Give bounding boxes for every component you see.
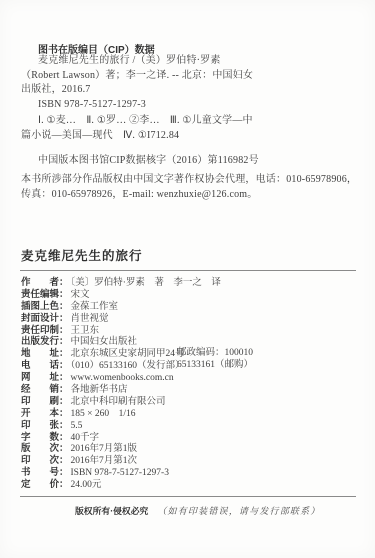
- colophon-value: 北京东城区史家胡同甲24号: [71, 349, 185, 359]
- colophon-label: 开 本：: [21, 408, 69, 419]
- colophon-label: 作 者：: [21, 277, 69, 288]
- colophon-value: 185 × 260 1/16: [71, 409, 136, 419]
- cip-classification-line: 篇小说—美国—现代 Ⅳ. ①I712.84: [21, 129, 351, 144]
- colophon-row-price: 定 价：24.00元: [21, 479, 221, 491]
- colophon-label: 电 话：: [21, 360, 69, 371]
- colophon-value: 王卫东: [71, 326, 100, 336]
- colophon-row-phone: 电 话：（010）65133160（发行部）65133161（邮购）: [21, 360, 221, 372]
- colophon-row-illustration-coloring: 插图上色：金葆工作室: [21, 301, 221, 313]
- colophon-row-format: 开 本：185 × 260 1/16: [21, 408, 221, 420]
- colophon-label: 字 数：: [21, 432, 69, 443]
- colophon-label: 定 价：: [21, 479, 69, 490]
- colophon-value: 24.00元: [71, 480, 102, 490]
- cip-classification-line: Ⅰ. ①麦… Ⅱ. ①罗… ②李… Ⅲ. ①儿童文学—中: [21, 114, 351, 129]
- cip-record-line: 出版社，2016.7: [21, 83, 351, 98]
- agency-note-line: 传真：010-65978926，E-mail: wenzhuxie@126.co…: [21, 187, 361, 202]
- colophon-value: 2016年7月第1版: [71, 444, 138, 454]
- colophon-row-cover-design: 封面设计：肖世视觉: [21, 313, 221, 325]
- colophon-row-address: 地 址：北京东城区史家胡同甲24号邮政编码：100010: [21, 348, 221, 360]
- colophon-row-print-supervisor: 责任印制：王卫东: [21, 325, 221, 337]
- colophon-label: 出版发行：: [21, 336, 69, 347]
- colophon-label: 印 刷：: [21, 396, 69, 407]
- cip-registry-number: 中国版本图书馆CIP数据核字（2016）第116982号: [38, 151, 259, 166]
- colophon-label: 经 销：: [21, 384, 69, 395]
- colophon: 作 者：〔美〕罗伯特·罗素 著 李一之 译 责任编辑：宋文 插图上色：金葆工作室…: [21, 277, 221, 491]
- colophon-row-website: 网 址：www.womenbooks.com.cn: [21, 372, 221, 384]
- colophon-label: 版 次：: [21, 443, 69, 454]
- colophon-value: 肖世视觉: [71, 314, 109, 324]
- colophon-value: 40千字: [71, 433, 100, 443]
- colophon-row-editor: 责任编辑：宋文: [21, 289, 221, 301]
- cip-record-line: 麦克维尼先生的旅行 /（美）罗伯特·罗素: [21, 54, 351, 69]
- cip-classification: Ⅰ. ①麦… Ⅱ. ①罗… ②李… Ⅲ. ①儿童文学—中 篇小说—美国—现代 Ⅳ…: [21, 114, 351, 143]
- colophon-value: 各地新华书店: [71, 385, 128, 395]
- cip-isbn-line: ISBN 978-7-5127-1297-3: [21, 98, 351, 113]
- colophon-phone-mailorder: 65133161（邮购）: [177, 360, 253, 372]
- footer: 版权所有·侵权必究（如有印装错误，请与发行部联系）: [75, 501, 321, 519]
- colophon-value: （010）65133160（发行部）: [71, 361, 185, 371]
- colophon-label: 网 址：: [21, 372, 69, 383]
- colophon-value: 宋文: [71, 290, 90, 300]
- colophon-value: 2016年7月第1次: [71, 456, 138, 466]
- misprint-note: （如有印装错误，请与发行部联系）: [157, 506, 320, 516]
- colophon-row-publisher: 出版发行：中国妇女出版社: [21, 336, 221, 348]
- colophon-row-distribution: 经 销：各地新华书店: [21, 384, 221, 396]
- cip-record-line: （Robert Lawson）著；李一之译. -- 北京：中国妇女: [21, 69, 351, 84]
- colophon-value: 5.5: [71, 421, 83, 431]
- colophon-row-wordcount: 字 数：40千字: [21, 432, 221, 444]
- colophon-value: www.womenbooks.com.cn: [71, 373, 174, 383]
- colophon-row-sheets: 印 张：5.5: [21, 420, 221, 432]
- colophon-value: 〔美〕罗伯特·罗素 著 李一之 译: [71, 278, 221, 288]
- colophon-label: 印 张：: [21, 420, 69, 431]
- colophon-value: ISBN 978-7-5127-1297-3: [71, 468, 169, 478]
- colophon-label: 封面设计：: [21, 313, 69, 324]
- colophon-row-isbn: 书 号：ISBN 978-7-5127-1297-3: [21, 467, 221, 479]
- copyright-agency-note: 本书所涉部分作品版权由中国文字著作权协会代理，电话：010-65978906， …: [21, 172, 361, 202]
- colophon-label: 地 址：: [21, 348, 69, 359]
- colophon-label: 书 号：: [21, 467, 69, 478]
- colophon-value: 中国妇女出版社: [71, 337, 138, 347]
- colophon-row-printer: 印 刷：北京中科印刷有限公司: [21, 396, 221, 408]
- title-divider: [20, 270, 356, 271]
- book-title: 麦克维尼先生的旅行: [21, 246, 143, 264]
- colophon-label: 印 次：: [21, 455, 69, 466]
- colophon-label: 责任印制：: [21, 325, 69, 336]
- colophon-row-edition: 版 次：2016年7月第1版: [21, 443, 221, 455]
- copyright-page: 图书在版编目（CIP）数据 麦克维尼先生的旅行 /（美）罗伯特·罗素 （Robe…: [0, 0, 375, 558]
- colophon-row-impression: 印 次：2016年7月第1次: [21, 455, 221, 467]
- agency-note-line: 本书所涉部分作品版权由中国文字著作权协会代理，电话：010-65978906，: [21, 172, 361, 187]
- copyright-notice: 版权所有·侵权必究: [75, 506, 148, 516]
- colophon-label: 插图上色：: [21, 301, 69, 312]
- colophon-value: 金葆工作室: [71, 302, 119, 312]
- colophon-row-author: 作 者：〔美〕罗伯特·罗素 著 李一之 译: [21, 277, 221, 289]
- colophon-postcode: 邮政编码：100010: [177, 348, 253, 360]
- colophon-label: 责任编辑：: [21, 289, 69, 300]
- colophon-value: 北京中科印刷有限公司: [71, 397, 166, 407]
- cip-record: 麦克维尼先生的旅行 /（美）罗伯特·罗素 （Robert Lawson）著；李一…: [21, 54, 351, 113]
- footer-divider: [20, 496, 356, 497]
